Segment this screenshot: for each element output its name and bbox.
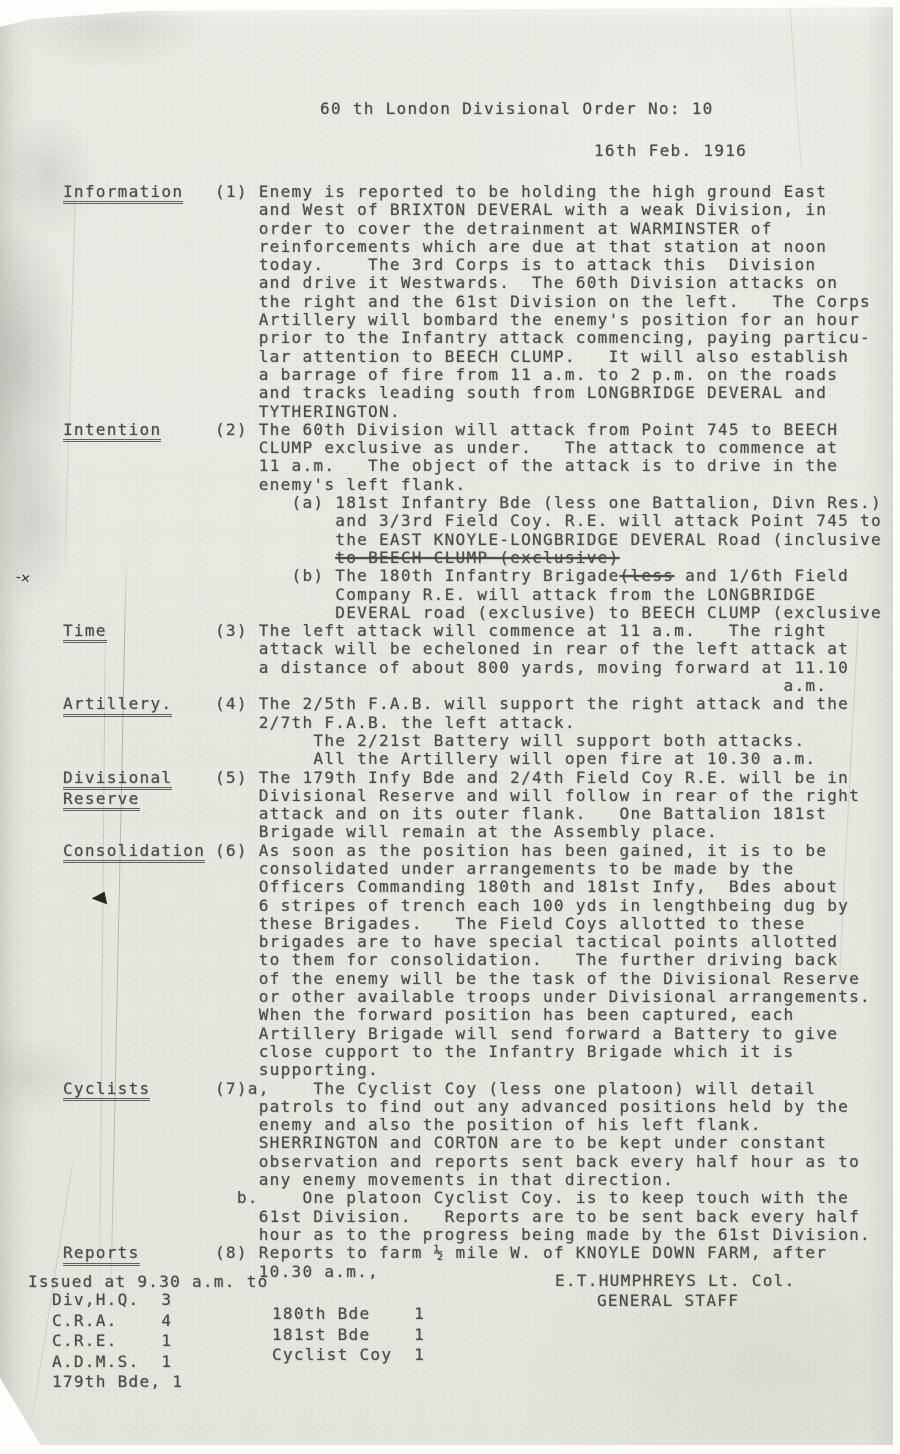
section-label-reserve: Reserve: [63, 790, 140, 811]
paragraph-2-part: (b) The 180th Infantry Brigade: [215, 566, 620, 585]
section-label-cyclists: Cyclists: [63, 1080, 150, 1101]
paragraph-7-text: (7)a, The Cyclist Coy (less one platoon)…: [215, 1080, 878, 1245]
paragraph-2-part: (2) The 60th Division will attack from P…: [215, 420, 882, 567]
scan-edge-right: [893, 0, 900, 1454]
entry-artillery: Artillery. (4) The 2/5th F.A.B. will sup…: [63, 695, 878, 768]
scanned-document-page: 60 th London Divisional Order No: 10 16t…: [0, 0, 900, 1454]
struck-out-text: (less: [620, 566, 675, 585]
entry-intention: Intention (2) The 60th Division will att…: [63, 421, 878, 622]
issued-line: Issued at 9.30 a.m. to: [28, 1272, 269, 1291]
section-label-reports: Reports: [63, 1244, 140, 1265]
scan-edge-bottom: [0, 1445, 900, 1454]
section-label-divisional: Divisional: [63, 769, 172, 790]
signature-role: GENERAL STAFF: [597, 1291, 739, 1310]
paragraph-2-text: (2) The 60th Division will attack from P…: [215, 421, 882, 622]
section-label-intention: Intention: [63, 421, 161, 442]
struck-out-text: to BEECH CLUMP (exclusive): [335, 548, 619, 567]
paragraph-3-text: (3) The left attack will commence at 11 …: [215, 622, 878, 695]
entry-consolidation: Consolidation (6) As soon as the positio…: [63, 842, 878, 1080]
margin-ink-mark: -✕: [13, 567, 29, 587]
paragraph-6-text: (6) As soon as the position has been gai…: [215, 842, 878, 1080]
paragraph-4-text: (4) The 2/5th F.A.B. will support the ri…: [215, 695, 878, 768]
distribution-list-left: Div,H.Q. 3 C.R.A. 4 C.R.E. 1 A.D.M.S. 1 …: [52, 1290, 183, 1393]
page-title: 60 th London Divisional Order No: 10: [320, 99, 714, 118]
distribution-list-center: 180th Bde 1 181st Bde 1 Cyclist Coy 1: [272, 1304, 425, 1366]
signature-name: E.T.HUMPHREYS Lt. Col.: [555, 1271, 796, 1290]
entry-time: Time (3) The left attack will commence a…: [63, 622, 878, 695]
document-date: 16th Feb. 1916: [594, 141, 747, 160]
section-label-information: Information: [63, 183, 183, 204]
document-content: 60 th London Divisional Order No: 10 16t…: [0, 0, 900, 1454]
section-label-consolidation: Consolidation: [63, 842, 205, 863]
paragraph-1-text: (1) Enemy is reported to be holding the …: [215, 183, 878, 421]
entry-divisional-reserve: DivisionalReserve (5) The 179th Infy Bde…: [63, 769, 878, 842]
section-label-artillery: Artillery.: [63, 695, 172, 716]
section-label-time: Time: [63, 622, 107, 643]
paragraph-5-text: (5) The 179th Infy Bde and 2/4th Field C…: [215, 769, 878, 842]
order-entries: Information (1) Enemy is reported to be …: [63, 183, 878, 1281]
entry-information: Information (1) Enemy is reported to be …: [63, 183, 878, 421]
entry-cyclists: Cyclists (7)a, The Cyclist Coy (less one…: [63, 1080, 878, 1245]
